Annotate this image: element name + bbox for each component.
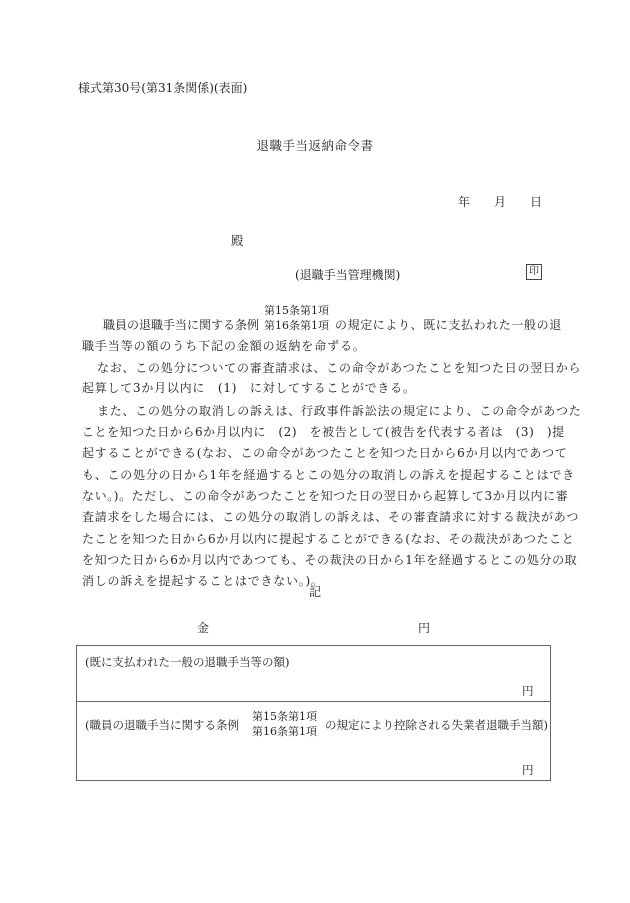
order-line2: 職手当等の額のうち下記の金額の返納を命ずる。 — [82, 337, 366, 354]
article-options: 第15条第1項 第16条第1項 — [264, 303, 329, 333]
date-month-label: 月 — [494, 193, 506, 210]
deducted-amount-prefix: (職員の退職手当に関する条例 — [85, 717, 239, 733]
order-suffix: の規定により、既に支払われた一般の退 — [335, 316, 562, 333]
appeal-line-2: 起算して3か月以内に (1) に対してすることができる。 — [82, 379, 416, 396]
appeal-line-1: なお、この処分についての審査請求は、この命令があつたことを知つた日の翌日から — [97, 359, 581, 376]
deducted-article-option-15: 第15条第1項 — [252, 709, 317, 724]
lawsuit-line-6: 査請求をした場合には、この処分の取消しの訴えは、その審査請求に対する裁決があつ — [82, 508, 579, 525]
order-prefix: 職員の退職手当に関する条例 — [103, 316, 259, 333]
form-id: 様式第30号(第31条関係)(表面) — [78, 79, 247, 96]
paid-amount-label: (既に支払われた一般の退職手当等の額) — [85, 654, 289, 670]
paid-amount-unit: 円 — [522, 683, 534, 699]
deducted-article-option-16: 第16条第1項 — [252, 724, 317, 739]
date-year-label: 年 — [458, 193, 470, 210]
amount-breakdown-table: (既に支払われた一般の退職手当等の額) 円 (職員の退職手当に関する条例 第15… — [76, 645, 551, 781]
article-option-15: 第15条第1項 — [264, 303, 329, 318]
table-divider — [77, 701, 550, 702]
seal-icon: 印 — [526, 264, 542, 280]
deducted-amount-suffix: の規定により控除される失業者退職手当額) — [325, 717, 548, 733]
lawsuit-line-8: を知つた日から6か月以内であつても、その裁決の日から1年を経過するとこの処分の取 — [82, 551, 577, 568]
lawsuit-line-7: たことを知つた日から6か月以内に提起することができる(なお、その裁決があつたこと — [82, 530, 574, 547]
deducted-amount-unit: 円 — [522, 762, 534, 778]
issuer-label: (退職手当管理機関) — [295, 266, 400, 283]
lawsuit-line-3: 起することができる(なお、この命令があつたことを知つた日から6か月以内であつて — [82, 444, 568, 461]
lawsuit-line-5: ない。)。ただし、この命令があつたことを知つた日の翌日から起算して3か月以内に審 — [82, 487, 568, 504]
lawsuit-line-2: ことを知つた日から6か月以内に (2) を被告として(被告を代表する者は (3)… — [82, 423, 565, 440]
amount-unit: 円 — [418, 619, 430, 636]
article-option-16: 第16条第1項 — [264, 318, 329, 333]
amount-prefix: 金 — [197, 619, 209, 636]
seal-label: 印 — [529, 266, 539, 277]
date-day-label: 日 — [530, 193, 542, 210]
deducted-article-options: 第15条第1項 第16条第1項 — [252, 709, 317, 739]
addressee-honorific: 殿 — [231, 231, 244, 249]
lawsuit-line-4: も、この処分の日から1年を経過するとこの処分の取消しの訴えを提起することはでき — [82, 466, 575, 483]
document-title: 退職手当返納命令書 — [0, 136, 630, 154]
record-heading: 記 — [0, 583, 630, 600]
lawsuit-line-1: また、この処分の取消しの訴えは、行政事件訴訟法の規定により、この命令があつた — [97, 402, 582, 419]
